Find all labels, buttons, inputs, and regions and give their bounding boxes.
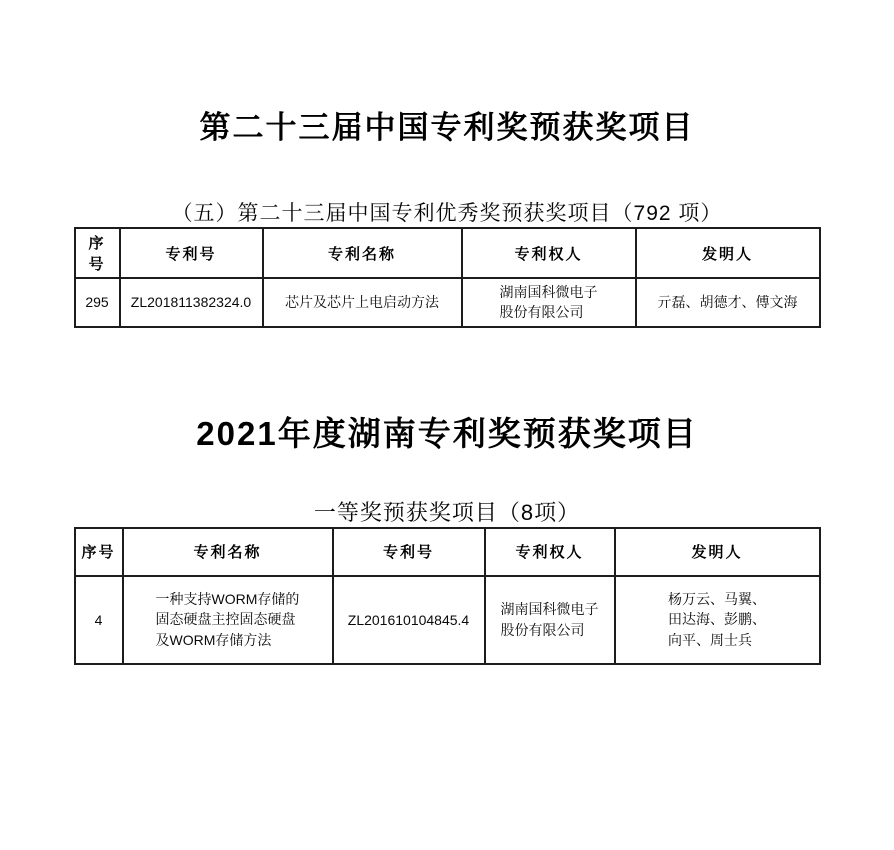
header-patentee: 专利权人: [485, 528, 615, 576]
section-china-patent-award: 第二十三届中国专利奖预获奖项目 （五）第二十三届中国专利优秀奖预获奖项目（792…: [0, 0, 894, 328]
header-patent-name: 专利名称: [263, 228, 462, 278]
cell-inventors: 杨万云、马翼、 田达海、彭鹏、 向平、周士兵: [615, 576, 820, 664]
header-patentee: 专利权人: [462, 228, 636, 278]
header-patent-no: 专利号: [120, 228, 263, 278]
cell-patentee: 湖南国科微电子 股份有限公司: [462, 278, 636, 327]
cell-patent-name: 芯片及芯片上电启动方法: [263, 278, 462, 327]
header-patent-name: 专利名称: [123, 528, 333, 576]
cell-serial-no: 4: [75, 576, 123, 664]
hunan-patent-award-table: 序号 专利名称 专利号 专利权人 发明人 4 一种支持WORM存储的 固态硬盘主…: [74, 527, 821, 665]
patentee-text: 湖南国科微电子 股份有限公司: [501, 599, 599, 640]
patent-name-text: 一种支持WORM存储的 固态硬盘主控固态硬盘 及WORM存储方法: [156, 589, 300, 650]
inventors-text: 杨万云、马翼、 田达海、彭鹏、 向平、周士兵: [668, 589, 766, 650]
table-header-row: 序号 专利号 专利名称 专利权人 发明人: [75, 228, 820, 278]
china-patent-award-title: 第二十三届中国专利奖预获奖项目: [0, 0, 894, 147]
document-page: 第二十三届中国专利奖预获奖项目 （五）第二十三届中国专利优秀奖预获奖项目（792…: [0, 0, 894, 850]
cell-patent-no: ZL201811382324.0: [120, 278, 263, 327]
header-serial-no: 序号: [75, 228, 120, 278]
table-row: 295 ZL201811382324.0 芯片及芯片上电启动方法 湖南国科微电子…: [75, 278, 820, 327]
cell-patent-name: 一种支持WORM存储的 固态硬盘主控固态硬盘 及WORM存储方法: [123, 576, 333, 664]
cell-patentee: 湖南国科微电子 股份有限公司: [485, 576, 615, 664]
hunan-patent-award-title: 2021年度湖南专利奖预获奖项目: [0, 328, 894, 455]
table-header-row: 序号 专利名称 专利号 专利权人 发明人: [75, 528, 820, 576]
cell-inventors: 亓磊、胡德才、傅文海: [636, 278, 820, 327]
hunan-patent-award-subtitle: 一等奖预获奖项目（8项）: [0, 455, 894, 527]
header-serial-no: 序号: [75, 528, 123, 576]
table-row: 4 一种支持WORM存储的 固态硬盘主控固态硬盘 及WORM存储方法 ZL201…: [75, 576, 820, 664]
cell-serial-no: 295: [75, 278, 120, 327]
cell-patent-no: ZL201610104845.4: [333, 576, 485, 664]
china-patent-award-subtitle: （五）第二十三届中国专利优秀奖预获奖项目（792 项）: [0, 147, 894, 227]
header-patent-no: 专利号: [333, 528, 485, 576]
section-hunan-patent-award: 2021年度湖南专利奖预获奖项目 一等奖预获奖项目（8项） 序号 专利名称 专利…: [0, 328, 894, 665]
china-patent-award-table: 序号 专利号 专利名称 专利权人 发明人 295 ZL201811382324.…: [74, 227, 821, 328]
header-inventors: 发明人: [615, 528, 820, 576]
patentee-text: 湖南国科微电子 股份有限公司: [500, 282, 598, 323]
header-inventors: 发明人: [636, 228, 820, 278]
